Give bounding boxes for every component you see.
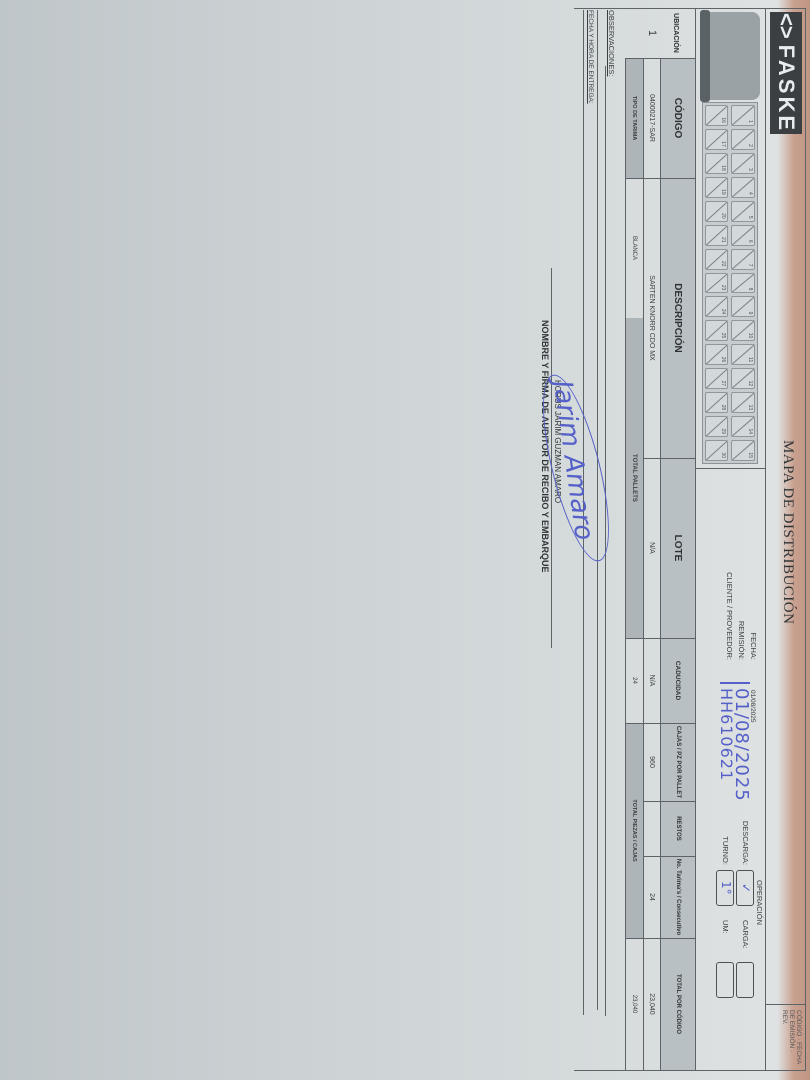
pallet-slot-number: 11 (747, 357, 753, 362)
row-ubicacion: 1 (644, 8, 660, 58)
pallet-slot-number: 12 (747, 381, 753, 387)
tipo-tarima-value: BLANCA (626, 178, 643, 318)
row-caducidad: N/A (644, 638, 660, 723)
header-descripcion: DESCRIPCIÓN (661, 178, 695, 458)
col-line (626, 58, 696, 59)
operacion-label: OPERACIÓN (755, 880, 764, 925)
turno-value: 1° (719, 881, 733, 895)
pallet-slot: 14 (732, 416, 756, 437)
header-ubicacion: UBICACIÓN (656, 8, 695, 58)
header-total-por-codigo: TOTAL POR CÓDIGO (661, 938, 695, 1070)
carga-checkbox[interactable] (736, 962, 754, 998)
row-descripcion: SARTEN KNORR CDO MX (644, 178, 660, 458)
pallet-slot-number: 10 (747, 333, 753, 339)
faske-logo: <> FASKE (770, 12, 802, 134)
pallet-slot: 11 (732, 344, 756, 365)
pallet-slot-number: 8 (747, 288, 753, 291)
row-restos (644, 801, 660, 856)
pallet-slot-number: 1 (747, 120, 753, 123)
pallet-slot-number: 15 (747, 452, 753, 458)
header-bottom (660, 58, 661, 1070)
pallet-slot: 18 (705, 153, 729, 174)
brand-name: FASKE (773, 45, 799, 133)
total-pallets-label: TOTAL PALLETS (626, 318, 643, 638)
pallet-slot-number: 13 (747, 405, 753, 411)
pallet-slot: 27 (705, 368, 729, 389)
pallet-slot-number: 14 (747, 429, 753, 435)
header-no-tarimas: No. Tarima's / Consecutivo (661, 856, 695, 938)
col-line (626, 723, 696, 724)
pallet-slot-number: 22 (721, 261, 727, 267)
pallet-slot-number: 5 (747, 216, 753, 219)
pallet-slot: 12 (732, 368, 756, 389)
pallet-slot-number: 29 (721, 429, 727, 435)
pallet-slot: 24 (705, 296, 729, 317)
pallet-slot-number: 18 (721, 165, 727, 171)
pallet-slot-number: 9 (747, 312, 753, 315)
pallet-slot-number: 2 (747, 144, 753, 147)
pallet-slot-number: 30 (721, 452, 727, 458)
pallet-slot-number: 25 (721, 333, 727, 339)
header-codigo: CÓDIGO (661, 58, 695, 178)
fecha-entrega-label: FECHA Y HORA DE ENTREGA: (587, 10, 594, 104)
pallet-slot: 21 (705, 225, 729, 246)
pallet-slot: 3 (732, 153, 756, 174)
pallet-slot: 7 (732, 249, 756, 270)
distribution-map-sheet: <> FASKE MAPA DE DISTRIBUCIÓN CÓDIGO · F… (0, 0, 810, 1080)
pallet-slot-number: 7 (747, 264, 753, 267)
total-piezas-label: TOTAL PIEZAS / CAJAS (626, 723, 643, 938)
col-line (644, 801, 696, 802)
frame-right (574, 1070, 806, 1071)
um-field[interactable] (716, 962, 734, 998)
logo-mark-icon: <> (773, 13, 799, 39)
pallet-slot-number: 6 (747, 240, 753, 243)
pallet-slot: 26 (705, 344, 729, 365)
pallet-slot: 25 (705, 320, 729, 341)
pallet-slot: 5 (732, 201, 756, 222)
pallet-slot: 28 (705, 392, 729, 413)
pallet-slot-number: 24 (721, 309, 727, 315)
header-restos: RESTOS (661, 801, 695, 856)
page-title: MAPA DE DISTRIBUCIÓN (779, 440, 796, 624)
pallet-slot: 4 (732, 177, 756, 198)
pallet-slot-number: 26 (721, 357, 727, 363)
row-no-tarimas: 24 (644, 856, 660, 938)
tipo-tarima-label: TIPO DE TARIMA (626, 58, 643, 178)
pallet-slot: 17 (705, 129, 729, 150)
pallet-slot-number: 20 (721, 213, 727, 219)
col-line (626, 938, 696, 939)
col-line (626, 638, 696, 639)
descarga-label: DESCARGA: (741, 795, 750, 865)
col-line (644, 458, 696, 459)
pallet-slot-number: 21 (721, 237, 727, 243)
pallet-slot-number: 27 (721, 381, 727, 387)
observaciones-label: OBSERVACIONES: (607, 10, 616, 76)
pallet-slot-number: 17 (721, 141, 727, 147)
pallet-slot: 30 (705, 440, 729, 461)
grid-divider (696, 468, 766, 469)
row-codigo: 04000217-SAR (644, 58, 660, 178)
pallet-slot: 15 (732, 440, 756, 461)
summary-bottom (625, 58, 626, 1070)
pallet-slot-number: 16 (721, 117, 727, 123)
header-divider (765, 8, 766, 1070)
pallet-slot: 20 (705, 201, 729, 222)
pallet-slot: 29 (705, 416, 729, 437)
pallet-slot-number: 19 (721, 189, 727, 195)
header-lote: LOTE (661, 458, 695, 638)
pallet-slot: 22 (705, 249, 729, 270)
header-cajas-por-pallet: CAJAS / PZ POR PALLET (661, 723, 695, 801)
row-total-por-codigo: 23,040 (644, 938, 660, 1070)
pallet-grid: 1234567891011121314151617181920212223242… (702, 102, 758, 464)
remision-label: REMISIÓN: (737, 540, 746, 660)
pallet-slot: 23 (705, 273, 729, 294)
turno-field[interactable]: 1° (716, 870, 734, 906)
pallet-slot-number: 28 (721, 405, 727, 411)
total-pallets-value: 24 (626, 638, 643, 723)
descarga-checkbox[interactable]: ✓ (736, 870, 754, 906)
pallet-slot-number: 4 (747, 192, 753, 195)
total-piezas-value: 23,040 (626, 938, 643, 1070)
row-bottom (643, 58, 644, 1070)
truck-icon (704, 12, 760, 100)
frame-top (805, 8, 806, 1070)
descarga-mark: ✓ (739, 883, 753, 893)
row-lote: N/A (644, 458, 660, 638)
pallet-slot-number: 3 (747, 168, 753, 171)
pallet-slot: 1 (732, 105, 756, 126)
pallet-slot: 8 (732, 273, 756, 294)
corner-divider (766, 1004, 806, 1005)
pallet-slot-number: 23 (721, 285, 727, 291)
pallet-slot: 2 (732, 129, 756, 150)
fecha-label: FECHA: (749, 540, 758, 660)
table-top (695, 8, 696, 1070)
col-line (626, 178, 696, 179)
col-line (644, 856, 696, 857)
header-caducidad: CADUCIDAD (661, 638, 695, 723)
pallet-slot: 9 (732, 296, 756, 317)
remision-handwritten: HH610621 (717, 688, 736, 781)
cliente-label: CLIENTE / PROVEEDOR: (725, 540, 734, 660)
row-cajas-por-pallet: 960 (644, 723, 660, 801)
pallet-slot: 16 (705, 105, 729, 126)
pallet-slot: 19 (705, 177, 729, 198)
pallet-slot: 13 (732, 392, 756, 413)
carga-label: CARGA: (741, 920, 750, 949)
um-label: UM: (721, 920, 730, 934)
pallet-slot: 10 (732, 320, 756, 341)
corner-note: CÓDIGO · FECHA DE EMISIÓN · REV. (781, 1010, 802, 1066)
pallet-slot: 6 (732, 225, 756, 246)
turno-label: TURNO: (721, 795, 730, 865)
field-bracket (720, 682, 750, 684)
